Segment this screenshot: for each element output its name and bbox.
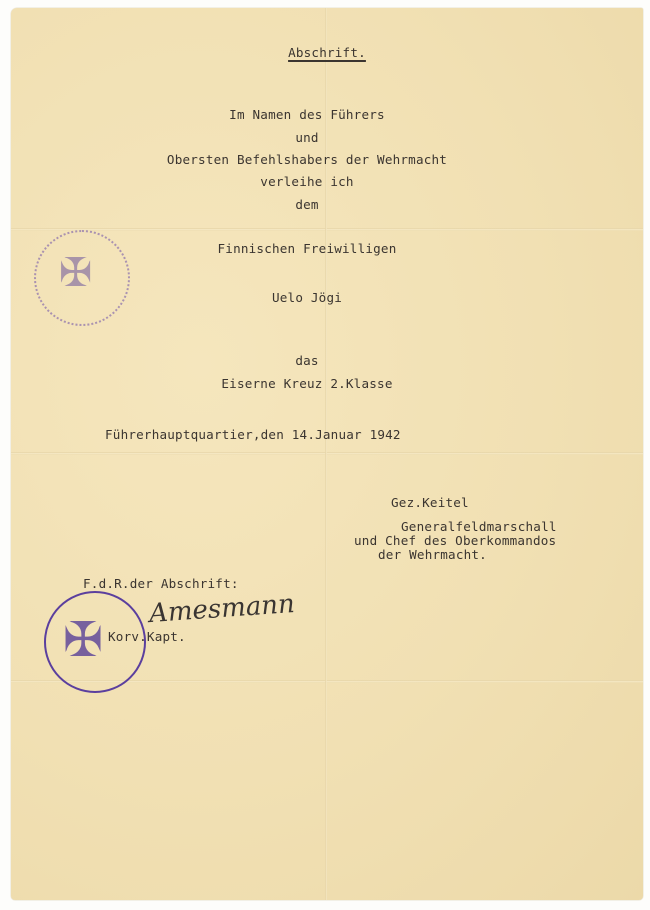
text-line-1: Im Namen des Führers <box>0 107 623 122</box>
text-line-2: und <box>0 130 623 145</box>
award-name: Eiserne Kreuz 2.Klasse <box>0 376 623 391</box>
fold-line <box>11 228 643 231</box>
text-line-8: das <box>0 353 623 368</box>
text-line-5: dem <box>0 197 623 212</box>
certification-label: F.d.R.der Abschrift: <box>83 576 239 591</box>
rank-line-2: und Chef des Oberkommandos <box>354 533 556 548</box>
eagle-emblem-icon: ✠ <box>63 612 103 668</box>
fold-line <box>11 452 643 455</box>
handwritten-signature: Amesmann <box>148 589 296 629</box>
text-line-4: verleihe ich <box>0 174 623 189</box>
text-line-3: Obersten Befehlshabers der Wehrmacht <box>0 152 623 167</box>
signed-name: Gez.Keitel <box>391 495 469 510</box>
rank-line-3: der Wehrmacht. <box>378 547 487 562</box>
document-page: Abschrift. Im Namen des Führers und Ober… <box>11 8 643 900</box>
eagle-emblem-icon: ✠ <box>59 250 93 296</box>
document-heading: Abschrift. <box>11 45 643 60</box>
rank-line-1: Generalfeldmarschall <box>401 519 557 534</box>
place-date: Führerhauptquartier,den 14.Januar 1942 <box>105 427 401 442</box>
